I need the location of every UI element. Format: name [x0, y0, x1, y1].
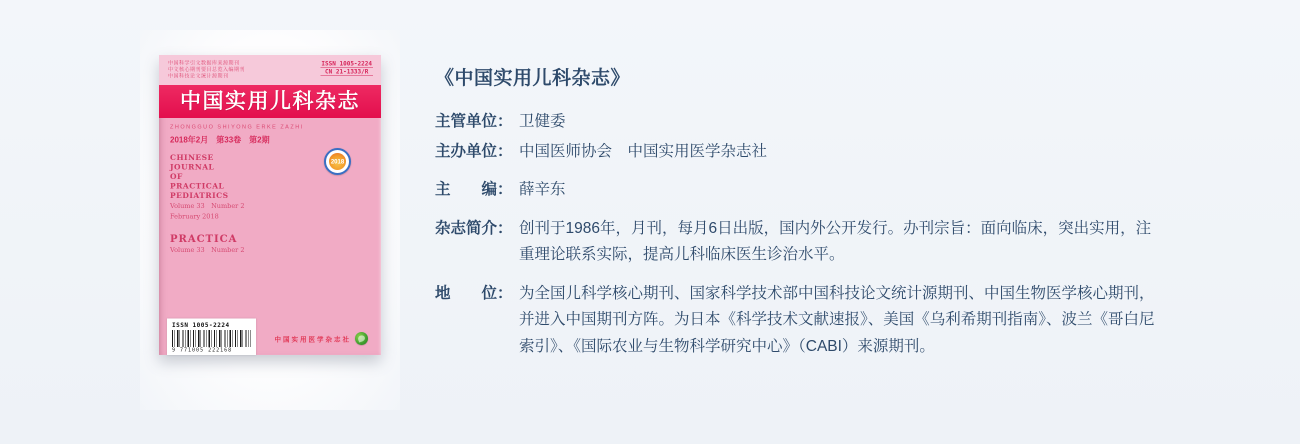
- cover-front: 中国科学引文数据库来源期刊 中文核心期刊要目总览入编期刊 中国科技论文统计源期刊…: [159, 55, 381, 355]
- cover-publisher: 中国实用医学杂志社: [274, 334, 351, 344]
- cover-date-line: February 2018: [170, 212, 369, 222]
- cover-publisher-row: 中国实用医学杂志社: [274, 332, 368, 345]
- cover-top-strip: 中国科学引文数据库来源期刊 中文核心期刊要目总览入编期刊 中国科技论文统计源期刊…: [159, 55, 381, 85]
- cover-volume-line: Volume 33 Number 2: [170, 202, 369, 212]
- cover-pinyin: ZHONGGUO SHIYONG ERKE ZAZHI: [170, 124, 369, 130]
- journal-cover: 中国科学引文数据库来源期刊 中文核心期刊要目总览入编期刊 中国科技论文统计源期刊…: [159, 55, 381, 355]
- info-row-sponsor: 主办单位： 中国医师协会 中国实用医学杂志社: [435, 139, 1163, 166]
- info-row-introduction: 杂志简介： 创刊于1986年，月刊，每月6日出版，国内外公开发行。办刊宗旨：面向…: [435, 216, 1163, 269]
- info-label: 主办单位：: [435, 139, 519, 166]
- cover-index-listing: 中国科学引文数据库来源期刊 中文核心期刊要目总览入编期刊 中国科技论文统计源期刊: [168, 60, 245, 80]
- barcode-issn-text: ISSN 1005-2224: [172, 322, 251, 329]
- barcode: ISSN 1005-2224 9 771005 222168: [167, 319, 256, 356]
- info-label: 主管单位：: [435, 109, 519, 136]
- cover-body: ZHONGGUO SHIYONG ERKE ZAZHI 2018年2月 第33卷…: [159, 118, 381, 255]
- info-value: 为全国儿科学核心期刊、国家科学技术部中国科技论文统计源期刊、中国生物医学核心期刊…: [519, 281, 1163, 361]
- cover-practica: PRACTICA: [170, 233, 369, 245]
- info-label: 主 编：: [435, 177, 519, 204]
- info-row-chief-editor: 主 编： 薛辛东: [435, 177, 1163, 204]
- journal-info-panel: 《中国实用儿科杂志》 主管单位： 卫健委 主办单位： 中国医师协会 中国实用医学…: [435, 66, 1163, 360]
- cover-issue-line: 2018年2月 第33卷 第2期: [170, 134, 369, 146]
- cover-title: 中国实用儿科杂志: [180, 89, 360, 113]
- info-value: 创刊于1986年，月刊，每月6日出版，国内外公开发行。办刊宗旨：面向临床，突出实…: [519, 216, 1163, 269]
- cover-english-line: PEDIATRICS: [170, 191, 369, 201]
- info-value: 卫健委: [519, 109, 1163, 136]
- anniversary-badge-icon: 2018: [324, 148, 351, 175]
- info-value: 薛辛东: [519, 177, 1163, 204]
- cover-issn-block: ISSN 1005-2224 CN 21-1333/R: [320, 60, 373, 76]
- cover-issn: ISSN 1005-2224: [320, 60, 373, 68]
- publisher-logo-icon: [355, 332, 368, 345]
- cover-english-line: PRACTICAL: [170, 182, 369, 192]
- barcode-bars-icon: [172, 330, 251, 347]
- info-row-status: 地 位： 为全国儿科学核心期刊、国家科学技术部中国科技论文统计源期刊、中国生物医…: [435, 281, 1163, 361]
- info-label: 地 位：: [435, 281, 519, 361]
- journal-cover-photo: 中国科学引文数据库来源期刊 中文核心期刊要目总览入编期刊 中国科技论文统计源期刊…: [140, 30, 400, 410]
- cover-title-banner: 中国实用儿科杂志: [159, 85, 381, 118]
- info-row-supervisor: 主管单位： 卫健委: [435, 109, 1163, 136]
- barcode-number: 9 771005 222168: [172, 348, 251, 354]
- cover-volume-line-2: Volume 33 Number 2: [170, 246, 369, 256]
- info-label: 杂志简介：: [435, 216, 519, 269]
- cover-cn-number: CN 21-1333/R: [320, 68, 373, 76]
- info-value: 中国医师协会 中国实用医学杂志社: [519, 139, 1163, 166]
- journal-title: 《中国实用儿科杂志》: [435, 66, 1163, 92]
- anniversary-badge-year: 2018: [329, 153, 346, 170]
- cover-index-line: 中国科技论文统计源期刊: [168, 73, 245, 80]
